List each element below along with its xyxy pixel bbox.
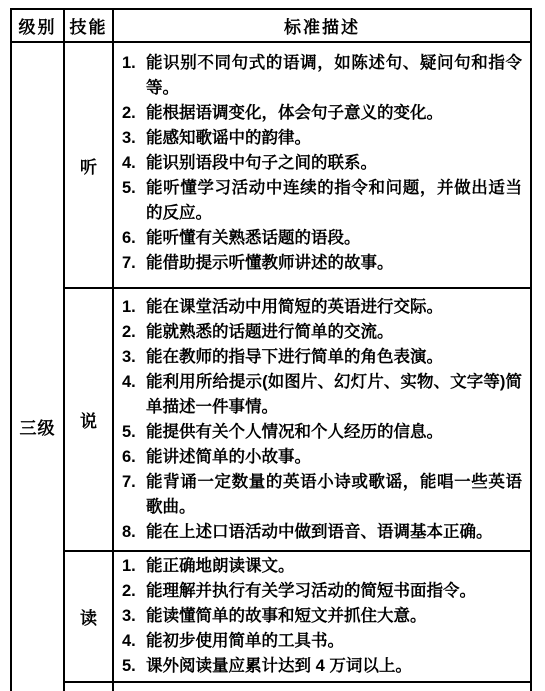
item-text: 能在课堂活动中用简短的英语进行交际。 [146, 295, 522, 320]
section-listening: 听 1. 能识别不同句式的语调，如陈述句、疑问句和指令等。 2. 能根据语调变化… [65, 43, 530, 289]
item-text: 能讲述简单的小故事。 [146, 445, 522, 470]
standards-list-speaking: 1. 能在课堂活动中用简短的英语进行交际。 2. 能就熟悉的话题进行简单的交流。… [122, 295, 522, 545]
item-number: 7. [122, 470, 146, 520]
item-text: 能读懂简单的故事和短文并抓住大意。 [146, 604, 522, 629]
section-speaking: 说 1. 能在课堂活动中用简短的英语进行交际。 2. 能就熟悉的话题进行简单的交… [65, 289, 530, 552]
list-item: 2. 能就熟悉的话题进行简单的交流。 [122, 320, 522, 345]
item-number: 2. [122, 320, 146, 345]
item-text: 课外阅读量应累计达到 4 万词以上。 [146, 654, 522, 679]
item-number: 6. [122, 226, 146, 251]
item-text: 能正确地朗读课文。 [146, 554, 522, 579]
level-label: 三级 [12, 414, 63, 439]
list-item: 7. 能借助提示听懂教师讲述的故事。 [122, 251, 522, 276]
list-item: 2. 能根据语调变化，体会句子意义的变化。 [122, 101, 522, 126]
item-number: 1. [122, 554, 146, 579]
section-next-row-stub [65, 683, 530, 691]
item-number: 4. [122, 370, 146, 420]
list-item: 6. 能讲述简单的小故事。 [122, 445, 522, 470]
item-number: 2. [122, 579, 146, 604]
header-cell-level: 级别 [12, 10, 65, 41]
item-number: 4. [122, 629, 146, 654]
header-label-skill: 技能 [70, 13, 108, 38]
item-text: 能在上述口语活动中做到语音、语调基本正确。 [146, 520, 522, 545]
skill-label-listening: 听 [80, 153, 97, 178]
item-text: 能就熟悉的话题进行简单的交流。 [146, 320, 522, 345]
list-item: 1. 能正确地朗读课文。 [122, 554, 522, 579]
item-number: 7. [122, 251, 146, 276]
item-text: 能根据语调变化，体会句子意义的变化。 [146, 101, 522, 126]
header-label-level: 级别 [19, 13, 57, 38]
skill-cell-stub [65, 683, 114, 691]
skill-sections: 听 1. 能识别不同句式的语调，如陈述句、疑问句和指令等。 2. 能根据语调变化… [65, 43, 530, 691]
list-item: 4. 能利用所给提示(如图片、幻灯片、实物、文字等)简单描述一件事情。 [122, 370, 522, 420]
item-number: 4. [122, 151, 146, 176]
item-number: 6. [122, 445, 146, 470]
list-item: 4. 能识别语段中句子之间的联系。 [122, 151, 522, 176]
item-text: 能提供有关个人情况和个人经历的信息。 [146, 420, 522, 445]
item-text: 能初步使用简单的工具书。 [146, 629, 522, 654]
item-text: 能利用所给提示(如图片、幻灯片、实物、文字等)简单描述一件事情。 [146, 370, 522, 420]
standards-list-reading: 1. 能正确地朗读课文。 2. 能理解并执行有关学习活动的简短书面指令。 3. … [122, 554, 522, 679]
item-text: 能在教师的指导下进行简单的角色表演。 [146, 345, 522, 370]
skill-label-speaking: 说 [80, 407, 97, 432]
list-item: 3. 能读懂简单的故事和短文并抓住大意。 [122, 604, 522, 629]
table-header-row: 级别 技能 标准描述 [12, 10, 530, 43]
standards-cell-listening: 1. 能识别不同句式的语调，如陈述句、疑问句和指令等。 2. 能根据语调变化，体… [114, 43, 530, 287]
skill-cell-speaking: 说 [65, 289, 114, 550]
item-number: 5. [122, 654, 146, 679]
item-text: 能理解并执行有关学习活动的简短书面指令。 [146, 579, 522, 604]
skill-cell-reading: 读 [65, 552, 114, 681]
section-reading: 读 1. 能正确地朗读课文。 2. 能理解并执行有关学习活动的简短书面指令。 [65, 552, 530, 683]
list-item: 6. 能听懂有关熟悉话题的语段。 [122, 226, 522, 251]
item-text: 能感知歌谣中的韵律。 [146, 126, 522, 151]
list-item: 1. 能识别不同句式的语调，如陈述句、疑问句和指令等。 [122, 51, 522, 101]
item-text: 能借助提示听懂教师讲述的故事。 [146, 251, 522, 276]
list-item: 8. 能在上述口语活动中做到语音、语调基本正确。 [122, 520, 522, 545]
item-number: 3. [122, 604, 146, 629]
item-number: 3. [122, 345, 146, 370]
item-text: 能听懂有关熟悉话题的语段。 [146, 226, 522, 251]
header-cell-skill: 技能 [65, 10, 114, 41]
standards-table: 级别 技能 标准描述 三级 听 1. 能识别不同句式的语调 [10, 8, 532, 691]
item-text: 能识别语段中句子之间的联系。 [146, 151, 522, 176]
standards-cell-reading: 1. 能正确地朗读课文。 2. 能理解并执行有关学习活动的简短书面指令。 3. … [114, 552, 530, 681]
item-text: 能背诵一定数量的英语小诗或歌谣，能唱一些英语歌曲。 [146, 470, 522, 520]
standards-cell-speaking: 1. 能在课堂活动中用简短的英语进行交际。 2. 能就熟悉的话题进行简单的交流。… [114, 289, 530, 550]
item-text: 能听懂学习活动中连续的指令和问题，并做出适当的反应。 [146, 176, 522, 226]
item-number: 8. [122, 520, 146, 545]
list-item: 3. 能感知歌谣中的韵律。 [122, 126, 522, 151]
item-number: 5. [122, 420, 146, 445]
standards-list-listening: 1. 能识别不同句式的语调，如陈述句、疑问句和指令等。 2. 能根据语调变化，体… [122, 51, 522, 276]
item-number: 1. [122, 295, 146, 320]
skill-cell-listening: 听 [65, 43, 114, 287]
item-number: 2. [122, 101, 146, 126]
item-number: 1. [122, 51, 146, 101]
header-label-standard-description: 标准描述 [284, 13, 360, 38]
item-text: 能识别不同句式的语调，如陈述句、疑问句和指令等。 [146, 51, 522, 101]
list-item: 7. 能背诵一定数量的英语小诗或歌谣，能唱一些英语歌曲。 [122, 470, 522, 520]
list-item: 2. 能理解并执行有关学习活动的简短书面指令。 [122, 579, 522, 604]
list-item: 3. 能在教师的指导下进行简单的角色表演。 [122, 345, 522, 370]
standards-cell-stub [114, 683, 530, 691]
list-item: 5. 课外阅读量应累计达到 4 万词以上。 [122, 654, 522, 679]
list-item: 5. 能听懂学习活动中连续的指令和问题，并做出适当的反应。 [122, 176, 522, 226]
list-item: 1. 能在课堂活动中用简短的英语进行交际。 [122, 295, 522, 320]
item-number: 3. [122, 126, 146, 151]
header-cell-standard-description: 标准描述 [114, 10, 530, 41]
list-item: 5. 能提供有关个人情况和个人经历的信息。 [122, 420, 522, 445]
level-cell: 三级 [12, 43, 65, 691]
item-number: 5. [122, 176, 146, 226]
table-body: 三级 听 1. 能识别不同句式的语调，如陈述句、疑问句和指令等。 2. [12, 43, 530, 691]
skill-label-reading: 读 [80, 604, 97, 629]
list-item: 4. 能初步使用简单的工具书。 [122, 629, 522, 654]
